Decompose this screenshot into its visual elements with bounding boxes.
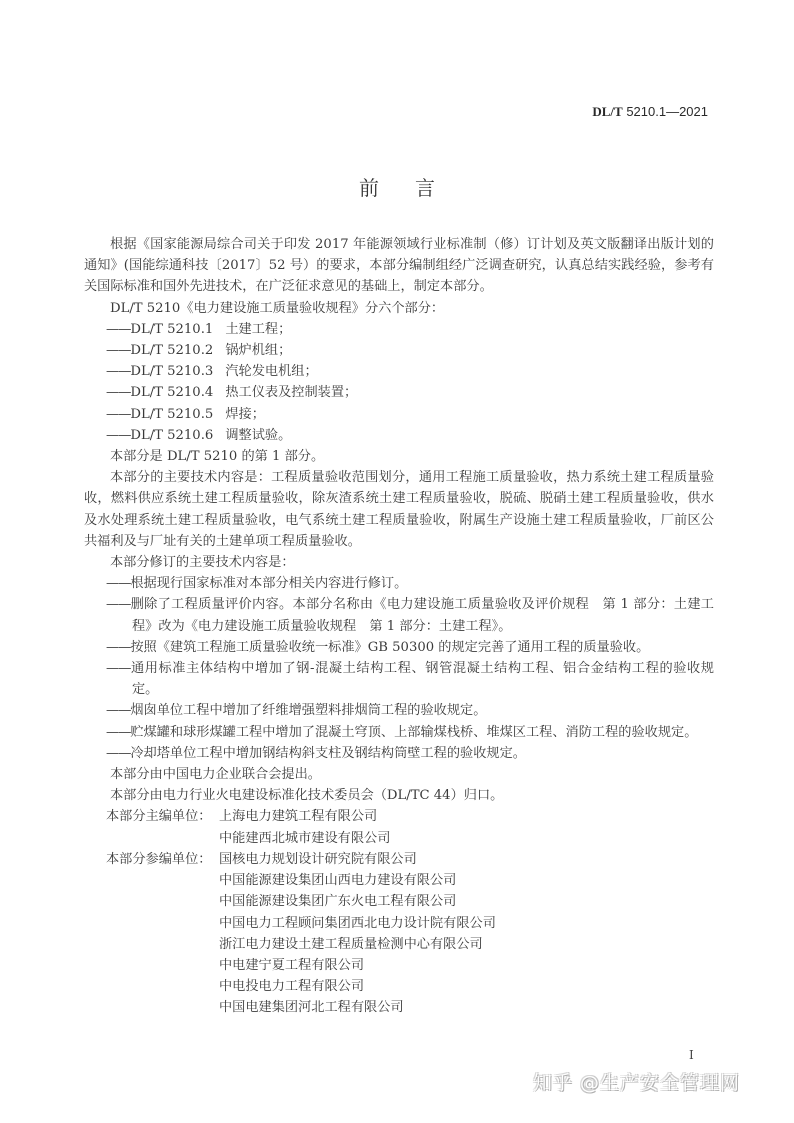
part-of-statement: 本部分是 DL/T 5210 的第 1 部分。 bbox=[84, 446, 714, 467]
list-item: ——DL/T 5210.5焊接； bbox=[84, 404, 714, 425]
unit-name: 浙江电力建设土建工程质量检测中心有限公司 bbox=[219, 934, 714, 955]
document-body: 根据《国家能源局综合司关于印发 2017 年能源领域行业标准制（修）订计划及英文… bbox=[84, 234, 714, 1019]
chief-units: 本部分主编单位： 上海电力建筑工程有限公司 中能建西北城市建设有限公司 bbox=[84, 806, 714, 848]
revision-intro: 本部分修订的主要技术内容是： bbox=[84, 552, 714, 573]
list-item: ——DL/T 5210.3汽轮发电机组； bbox=[84, 361, 714, 382]
unit-name: 上海电力建筑工程有限公司 bbox=[219, 806, 714, 827]
managed-by: 本部分由电力行业火电建设标准化技术委员会（DL/TC 44）归口。 bbox=[84, 785, 714, 806]
list-item: ——DL/T 5210.2锅炉机组； bbox=[84, 340, 714, 361]
list-item: ——按照《建筑工程施工质量验收统一标准》GB 50300 的规定完善了通用工程的… bbox=[84, 637, 714, 658]
unit-name: 中国能源建设集团山西电力建设有限公司 bbox=[219, 870, 714, 891]
proposed-by: 本部分由中国电力企业联合会提出。 bbox=[84, 764, 714, 785]
list-item: ——冷却塔单位工程中增加钢结构斜支柱及钢结构筒壁工程的验收规定。 bbox=[84, 743, 714, 764]
doc-code-prefix: DL/T bbox=[592, 104, 622, 119]
unit-name: 中电建宁夏工程有限公司 bbox=[219, 955, 714, 976]
page-title: 前言 bbox=[0, 172, 794, 201]
list-item: ——根据现行国家标准对本部分相关内容进行修订。 bbox=[84, 573, 714, 594]
list-item: ——贮煤罐和球形煤罐工程中增加了混凝土穹顶、上部输煤栈桥、堆煤区工程、消防工程的… bbox=[84, 722, 714, 743]
parts-intro: DL/T 5210《电力建设施工质量验收规程》分六个部分： bbox=[84, 298, 714, 319]
unit-name: 中能建西北城市建设有限公司 bbox=[219, 828, 714, 849]
participating-units-label: 本部分参编单位： bbox=[84, 849, 219, 1019]
list-item: ——烟囱单位工程中增加了纤维增强塑料排烟筒工程的验收规定。 bbox=[84, 700, 714, 721]
revisions-list: ——根据现行国家标准对本部分相关内容进行修订。 ——删除了工程质量评价内容。本部… bbox=[84, 573, 714, 764]
unit-name: 中国电建集团河北工程有限公司 bbox=[219, 997, 714, 1018]
intro-paragraph: 根据《国家能源局综合司关于印发 2017 年能源领域行业标准制（修）订计划及英文… bbox=[84, 234, 714, 298]
list-item: ——通用标准主体结构中增加了钢-混凝土结构工程、钢管混凝土结构工程、铝合金结构工… bbox=[84, 658, 714, 700]
list-item: ——DL/T 5210.1土建工程； bbox=[84, 319, 714, 340]
parts-list: ——DL/T 5210.1土建工程； ——DL/T 5210.2锅炉机组； ——… bbox=[84, 319, 714, 446]
main-content-paragraph: 本部分的主要技术内容是：工程质量验收范围划分，通用工程施工质量验收，热力系统土建… bbox=[84, 467, 714, 552]
list-item: ——删除了工程质量评价内容。本部分名称由《电力建设施工质量验收及评价规程 第 1… bbox=[84, 594, 714, 636]
unit-name: 国核电力规划设计研究院有限公司 bbox=[219, 849, 714, 870]
doc-code-number: 5210.1—2021 bbox=[626, 104, 708, 119]
document-code: DL/T 5210.1—2021 bbox=[592, 104, 708, 120]
page-number: I bbox=[689, 1048, 694, 1062]
list-item: ——DL/T 5210.4热工仪表及控制装置； bbox=[84, 382, 714, 403]
list-item: ——DL/T 5210.6调整试验。 bbox=[84, 425, 714, 446]
unit-name: 中国能源建设集团广东火电工程有限公司 bbox=[219, 891, 714, 912]
chief-units-label: 本部分主编单位： bbox=[84, 806, 219, 848]
unit-name: 中国电力工程顾问集团西北电力设计院有限公司 bbox=[219, 913, 714, 934]
unit-name: 中电投电力工程有限公司 bbox=[219, 976, 714, 997]
participating-units: 本部分参编单位： 国核电力规划设计研究院有限公司 中国能源建设集团山西电力建设有… bbox=[84, 849, 714, 1019]
watermark: 知乎 @生产安全管理网 bbox=[533, 1068, 740, 1095]
